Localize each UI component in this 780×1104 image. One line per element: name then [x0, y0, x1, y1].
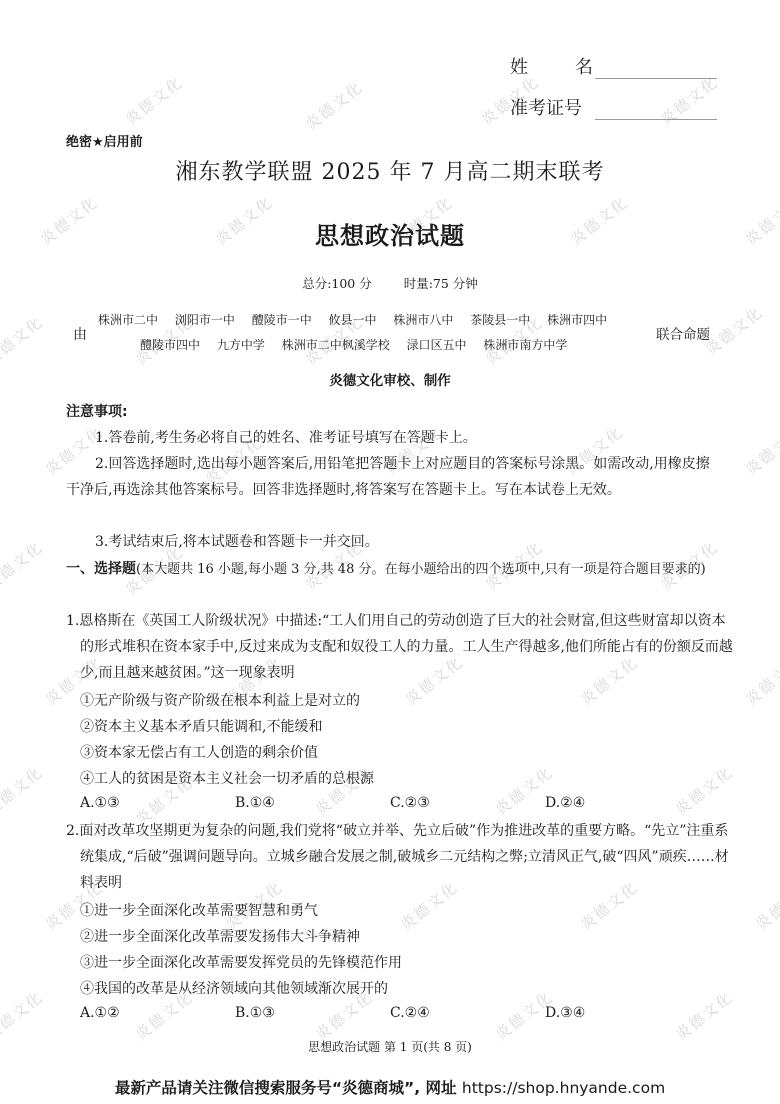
watermark: 炎德文化 [301, 76, 368, 134]
page-info: 思想政治试题 第 1 页(共 8 页) [0, 1038, 780, 1055]
question-2-statement: ①进一步全面深化改革需要智慧和勇气 [80, 900, 318, 920]
exam-id-input-line[interactable] [595, 99, 717, 120]
exam-id-label: 准考证号 [510, 94, 593, 120]
name-label-char: 姓 [510, 53, 528, 79]
section-description: (本大题共 16 小题,每小题 3 分,共 48 分。在每小题给出的四个选项中,… [136, 562, 706, 577]
school: 株洲市八中 [393, 313, 453, 327]
school: 九方中学 [217, 338, 265, 352]
organizers-row-2: 醴陵市四中 九方中学 株洲市二中枫溪学校 渌口区五中 株洲市南方中学 [140, 336, 580, 353]
watermark: 炎德文化 [751, 876, 780, 934]
exam-title: 湘东教学联盟 2025 年 7 月高二期末联考 [0, 155, 780, 186]
school: 浏阳市一中 [175, 313, 235, 327]
name-label: 姓 名 [510, 53, 593, 79]
question-1-statement: ④工人的贫困是资本主义社会一切矛盾的总根源 [80, 768, 374, 788]
promo-banner: 最新产品请关注微信搜索服务号“炎德商城”, 网址 https://shop.hn… [0, 1076, 780, 1098]
notice-item-1: 1.答卷前,考生务必将自己的姓名、准考证号填写在答题卡上。 [66, 425, 716, 451]
section-heading: 一、选择题(本大题共 16 小题,每小题 3 分,共 48 分。在每小题给出的四… [66, 556, 716, 583]
school: 株洲市二中 [98, 313, 158, 327]
section-title: 一、选择题 [66, 561, 136, 577]
choice-b[interactable]: B.①④ [235, 795, 390, 811]
school: 株洲市二中枫溪学校 [282, 338, 390, 352]
review-note: 炎德文化审校、制作 [0, 369, 780, 389]
question-2-statement: ④我国的改革是从经济领域向其他领域渐次展开的 [80, 978, 388, 998]
choice-c[interactable]: C.②④ [390, 1005, 545, 1021]
notice-item-3: 3.考试结束后,将本试题卷和答题卡一并交回。 [66, 529, 716, 555]
choice-a[interactable]: A.①② [80, 1005, 235, 1021]
choice-b[interactable]: B.①③ [235, 1005, 390, 1021]
name-input-line[interactable] [595, 58, 717, 79]
exam-id-field[interactable]: 准考证号 [510, 94, 717, 120]
secret-mark: 绝密★启用前 [66, 131, 143, 150]
watermark: 炎德文化 [701, 301, 768, 359]
question-2-choices: A.①② B.①③ C.②④ D.③④ [80, 1005, 700, 1021]
promo-text: 最新产品请关注微信搜索服务号“炎德商城”, 网址 [115, 1079, 457, 1097]
name-field[interactable]: 姓 名 [510, 53, 717, 79]
duration: 时量:75 分钟 [404, 276, 478, 291]
school: 株洲市南方中学 [483, 338, 567, 352]
school: 攸县一中 [329, 313, 377, 327]
organizers-suffix: 联合命题 [656, 323, 710, 343]
total-score: 总分:100 分 [302, 276, 372, 291]
watermark: 炎德文化 [0, 536, 47, 594]
question-2-statement: ②进一步全面深化改革需要发扬伟大斗争精神 [80, 926, 360, 946]
exam-meta: 总分:100 分 时量:75 分钟 [0, 274, 780, 292]
notice-item-2: 2.回答选择题时,选出每小题答案后,用铅笔把答题卡上对应题目的答案标号涂黑。如需… [66, 451, 716, 503]
question-2-statement: ③进一步全面深化改革需要发挥党员的先锋模范作用 [80, 952, 402, 972]
notice-heading: 注意事项: [66, 401, 128, 421]
subject-title: 思想政治试题 [0, 216, 780, 251]
school: 醴陵市四中 [140, 338, 200, 352]
question-1-statement: ①无产阶级与资产阶级在根本利益上是对立的 [80, 690, 360, 710]
question-1-stem: 1.恩格斯在《英国工人阶级状况》中描述:“工人们用自己的劳动创造了巨大的社会财富… [66, 608, 735, 686]
watermark: 炎德文化 [0, 761, 47, 819]
choice-d[interactable]: D.③④ [545, 1005, 700, 1021]
watermark: 炎德文化 [121, 71, 188, 129]
school: 渌口区五中 [407, 338, 467, 352]
choice-c[interactable]: C.②③ [390, 795, 545, 811]
choice-d[interactable]: D.②④ [545, 795, 700, 811]
organizers-prefix: 由 [73, 324, 87, 344]
promo-url[interactable]: https://shop.hnyande.com [462, 1079, 665, 1097]
watermark: 炎德文化 [741, 651, 780, 709]
name-label-char: 名 [575, 53, 593, 79]
school: 醴陵市一中 [252, 313, 312, 327]
question-2-stem: 2.面对改革攻坚期更为复杂的问题,我们党将“破立并举、先立后破”作为推进改革的重… [66, 818, 735, 896]
question-1-statement: ③资本家无偿占有工人创造的剩余价值 [80, 742, 318, 762]
organizers-row-1: 株洲市二中 浏阳市一中 醴陵市一中 攸县一中 株洲市八中 茶陵县一中 株洲市四中 [98, 311, 620, 328]
school: 茶陵县一中 [470, 313, 530, 327]
watermark: 炎德文化 [741, 421, 780, 479]
choice-a[interactable]: A.①③ [80, 795, 235, 811]
watermark: 炎德文化 [0, 311, 47, 369]
question-1-statement: ②资本主义基本矛盾只能调和,不能缓和 [80, 716, 322, 736]
watermark: 炎德文化 [0, 986, 47, 1044]
school: 株洲市四中 [547, 313, 607, 327]
question-1-choices: A.①③ B.①④ C.②③ D.②④ [80, 795, 700, 811]
